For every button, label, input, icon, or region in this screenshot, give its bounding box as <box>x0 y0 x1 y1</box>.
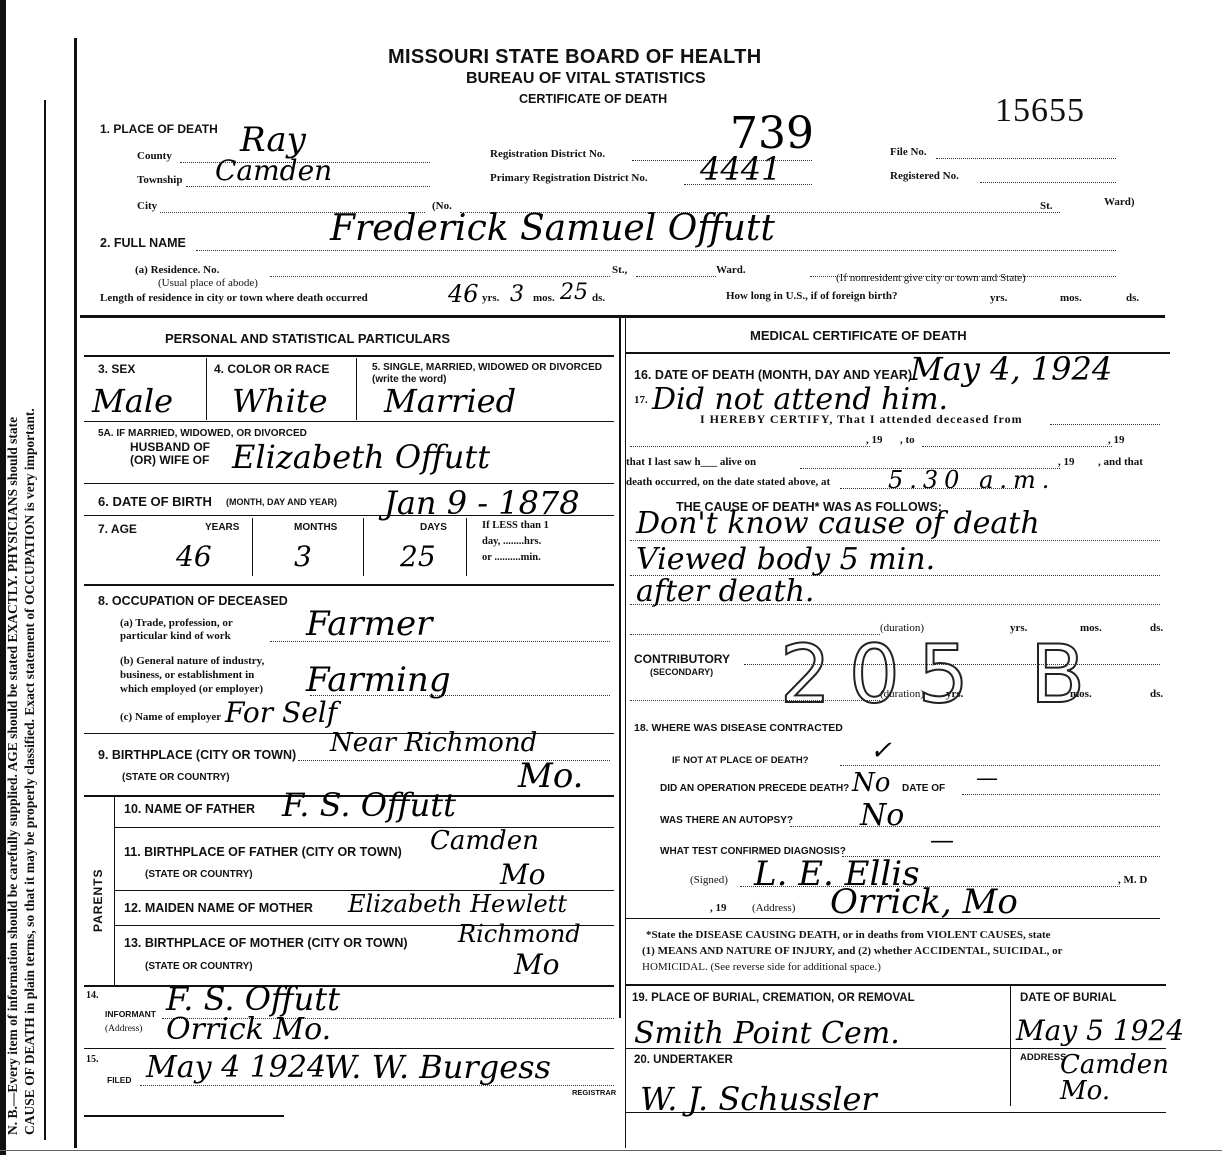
and-that-label: , and that <box>1098 456 1143 468</box>
secondary-ds-label: ds. <box>1150 688 1163 700</box>
foreign-yrs-label: yrs. <box>990 292 1007 304</box>
attended-to-label: , to <box>900 434 915 446</box>
age-years-label: YEARS <box>205 522 239 533</box>
left-edge-bar <box>0 0 6 1155</box>
burial-place-value: Smith Point Cem. <box>634 1016 900 1051</box>
operation-label: DID AN OPERATION PRECEDE DEATH? <box>660 783 849 794</box>
mother-birthplace-label: 13. BIRTHPLACE OF MOTHER (CITY OR TOWN) <box>124 936 408 950</box>
divider <box>1010 986 1011 1106</box>
filed-date-value: May 4 1924 <box>146 1050 326 1085</box>
form-name: CERTIFICATE OF DEATH <box>519 92 667 106</box>
undertaker-address-value: Camden Mo. <box>1060 1052 1160 1104</box>
foreign-ds-label: ds. <box>1126 292 1139 304</box>
mother-maiden-name-value: Elizabeth Hewlett <box>348 890 567 918</box>
registration-district-label: Registration District No. <box>490 148 605 160</box>
spouse-label-3: (OR) WIFE OF <box>130 453 209 467</box>
sex-value: Male <box>92 382 173 420</box>
occupation-trade-value: Farmer <box>306 604 432 644</box>
cause-line-2: Viewed body 5 min. <box>636 542 935 577</box>
burial-date-value: May 5 1924 <box>1016 1014 1184 1047</box>
township-label: Township <box>137 174 182 186</box>
physician-address-value: Orrick, Mo <box>830 882 1018 922</box>
color-race-label: 4. COLOR OR RACE <box>214 362 329 376</box>
usual-abode-note: (Usual place of abode) <box>158 277 258 289</box>
ds-label: ds. <box>592 292 605 304</box>
informant-number: 14. <box>86 990 99 1001</box>
father-name-label: 10. NAME OF FATHER <box>124 802 255 816</box>
less-than-day-label-2: day, ........hrs. <box>482 536 541 547</box>
divider <box>626 918 1160 919</box>
occupation-industry-value: Farming <box>306 660 451 700</box>
age-days-value: 25 <box>400 540 436 573</box>
place-of-death-label: 1. PLACE OF DEATH <box>100 122 218 136</box>
filed-number: 15. <box>86 1054 99 1065</box>
foreign-birth-label: How long in U.S., if of foreign birth? <box>726 290 898 302</box>
where-contracted-label: 18. WHERE WAS DISEASE CONTRACTED <box>634 722 843 734</box>
age-years-value: 46 <box>176 540 212 573</box>
date-of-death-label: 16. DATE OF DEATH (MONTH, DAY AND YEAR) <box>634 368 912 382</box>
header-divider <box>80 315 1165 318</box>
undertaker-label: 20. UNDERTAKER <box>634 1054 733 1066</box>
bottom-edge <box>0 1150 1222 1151</box>
if-not-place-label: IF NOT AT PLACE OF DEATH? <box>672 755 809 766</box>
footnote-line-1: *State the DISEASE CAUSING DEATH, or in … <box>646 928 1051 943</box>
time-of-death-value: 5.30 a.m. <box>888 466 1055 494</box>
side-instructions: N. B.—Every item of information should b… <box>0 0 44 1155</box>
signed-year-label: , 19 <box>710 902 727 914</box>
age-days-label: DAYS <box>420 522 447 533</box>
divider <box>84 1115 284 1117</box>
dob-sublabel: (MONTH, DAY AND YEAR) <box>226 497 337 507</box>
burial-date-label: DATE OF BURIAL <box>1020 992 1116 1004</box>
township-value: Camden <box>215 154 332 187</box>
divider <box>466 518 467 576</box>
employer-value: For Self <box>225 696 337 729</box>
duration-ds-label: ds. <box>1150 622 1163 634</box>
occupation-a-label-2: particular kind of work <box>120 630 231 642</box>
divider <box>626 984 1166 986</box>
nonresident-note: (If nonresident give city or town and St… <box>836 272 1026 284</box>
if-not-place-value: ✓ <box>870 736 892 766</box>
birthplace-state-value: Mo. <box>518 756 584 796</box>
occupation-label: 8. OCCUPATION OF DECEASED <box>98 594 288 608</box>
age-months-value: 3 <box>294 540 312 573</box>
informant-address-label: (Address) <box>105 1024 142 1034</box>
parents-side-label: PARENTS <box>91 869 105 932</box>
occupation-b-label-2: business, or establishment in <box>120 669 254 681</box>
less-than-day-label-3: or ..........min. <box>482 552 541 563</box>
filed-label: FILED <box>107 1075 132 1085</box>
parents-divider <box>114 797 115 985</box>
occupation-b-label-1: (b) General nature of industry, <box>120 655 264 667</box>
father-birthplace-state-value: Mo <box>500 858 546 891</box>
length-days-value: 25 <box>560 280 588 305</box>
autopsy-value: No <box>860 798 904 833</box>
birthplace-label: 9. BIRTHPLACE (CITY OR TOWN) <box>98 748 296 762</box>
occupation-c-label: (c) Name of employer <box>120 711 221 723</box>
informant-address-value: Orrick Mo. <box>166 1012 331 1047</box>
divider <box>363 518 364 576</box>
secondary-label: (SECONDARY) <box>650 667 713 677</box>
age-label: 7. AGE <box>98 522 137 536</box>
city-st-label: St. <box>1040 200 1053 212</box>
dob-label: 6. DATE OF BIRTH <box>98 494 212 509</box>
divider <box>626 1112 1166 1113</box>
cause-line-3: after death. <box>636 574 814 609</box>
classification-code-stamp: 205 B <box>780 628 1103 721</box>
dob-value: Jan 9 - 1878 <box>384 484 580 522</box>
birthplace-state-label: (STATE OR COUNTRY) <box>122 772 230 783</box>
last-saw-label: that I last saw h___ alive on <box>626 456 756 468</box>
marital-status-value: Married <box>384 382 516 420</box>
sex-label: 3. SEX <box>98 362 135 376</box>
divider <box>626 1048 1166 1049</box>
form-subtitle: BUREAU OF VITAL STATISTICS <box>466 70 706 88</box>
residence-st-label: St., <box>612 264 627 276</box>
father-birthplace-state-label: (STATE OR COUNTRY) <box>145 869 253 880</box>
certificate-number: 15655 <box>995 92 1085 130</box>
primary-registration-value: 4441 <box>700 150 781 188</box>
full-name-label: 2. FULL NAME <box>100 236 186 250</box>
side-divider <box>44 100 46 1140</box>
form-left-border <box>74 38 77 1148</box>
full-name-value: Frederick Samuel Offutt <box>330 208 775 249</box>
occupation-a-label-1: (a) Trade, profession, or <box>120 617 233 629</box>
certify-text: I HEREBY CERTIFY, That I attended deceas… <box>700 412 1023 427</box>
md-label: , M. D <box>1118 874 1147 886</box>
length-years-value: 46 <box>448 280 479 308</box>
yrs-label: yrs. <box>482 292 499 304</box>
father-birthplace-label: 11. BIRTHPLACE OF FATHER (CITY OR TOWN) <box>124 845 402 859</box>
divider <box>356 358 357 420</box>
side-note: N. B.—Every item of information should b… <box>4 55 38 1135</box>
cause-line-1: Don't know cause of death <box>636 506 1040 541</box>
divider <box>115 827 614 828</box>
divider <box>84 355 614 357</box>
age-months-label: MONTHS <box>294 522 337 533</box>
length-months-value: 3 <box>510 282 524 307</box>
column-divider-inner <box>625 318 626 1148</box>
less-than-day-label-1: If LESS than 1 <box>482 520 549 531</box>
city-ward-label: Ward) <box>1104 196 1135 208</box>
divider <box>84 584 614 586</box>
mother-birthplace-state-value: Mo <box>514 948 560 981</box>
divider <box>252 518 253 576</box>
date-of-operation-value: — <box>976 766 998 791</box>
spouse-value: Elizabeth Offutt <box>232 438 490 476</box>
informant-label: INFORMANT <box>105 1009 156 1019</box>
length-residence-label: Length of residence in city or town wher… <box>100 292 368 304</box>
attended-from-year: , 19 <box>866 434 883 446</box>
form-title: MISSOURI STATE BOARD OF HEALTH <box>388 46 761 69</box>
birthplace-city-value: Near Richmond <box>330 728 537 758</box>
city-label: City <box>137 200 157 212</box>
father-birthplace-city-value: Camden <box>430 826 539 856</box>
registered-no-label: Registered No. <box>890 170 959 182</box>
spouse-label-2: HUSBAND OF <box>130 440 210 454</box>
signed-label: (Signed) <box>690 874 728 886</box>
divider <box>84 515 614 516</box>
footnote-line-3: HOMICIDAL. (See reverse side for additio… <box>642 960 881 975</box>
physician-address-label: (Address) <box>752 902 795 914</box>
item-17-number: 17. <box>634 394 648 406</box>
residence-label: (a) Residence. No. <box>135 264 219 276</box>
burial-place-label: 19. PLACE OF BURIAL, CREMATION, OR REMOV… <box>632 992 915 1004</box>
county-label: County <box>137 150 172 162</box>
divider <box>84 985 614 987</box>
file-no-label: File No. <box>890 146 927 158</box>
attended-to-year: , 19 <box>1108 434 1125 446</box>
primary-registration-label: Primary Registration District No. <box>490 172 648 184</box>
father-name-value: F. S. Offutt <box>282 786 456 824</box>
foreign-mos-label: mos. <box>1060 292 1082 304</box>
divider <box>84 421 614 422</box>
personal-heading: PERSONAL AND STATISTICAL PARTICULARS <box>165 331 450 346</box>
side-note-line1: N. B.—Every item of information should b… <box>4 55 21 1135</box>
operation-value: No <box>852 768 890 798</box>
divider <box>206 358 207 420</box>
occupation-b-label-3: which employed (or employer) <box>120 683 263 695</box>
mother-birthplace-state-label: (STATE OR COUNTRY) <box>145 961 253 972</box>
mos-label: mos. <box>533 292 555 304</box>
side-note-line2: CAUSE OF DEATH in plain terms, so that i… <box>21 55 38 1135</box>
test-confirmed-value: — <box>930 826 954 854</box>
autopsy-label: WAS THERE AN AUTOPSY? <box>660 815 793 826</box>
color-race-value: White <box>232 382 328 420</box>
residence-ward-label: Ward. <box>716 264 746 276</box>
death-occurred-label: death occurred, on the date stated above… <box>626 476 830 488</box>
registrar-label: REGISTRAR <box>572 1088 616 1097</box>
contributory-label: CONTRIBUTORY <box>634 652 730 666</box>
column-divider <box>619 318 621 1018</box>
footnote-line-2: (1) MEANS AND NATURE OF INJURY, and (2) … <box>642 944 1063 959</box>
registrar-name-value: W. W. Burgess <box>324 1048 551 1086</box>
date-of-operation-label: DATE OF <box>902 783 945 794</box>
mother-birthplace-city-value: Richmond <box>458 920 581 948</box>
medical-heading: MEDICAL CERTIFICATE OF DEATH <box>750 328 967 343</box>
last-saw-year: , 19 <box>1058 456 1075 468</box>
mother-maiden-name-label: 12. MAIDEN NAME OF MOTHER <box>124 901 313 915</box>
